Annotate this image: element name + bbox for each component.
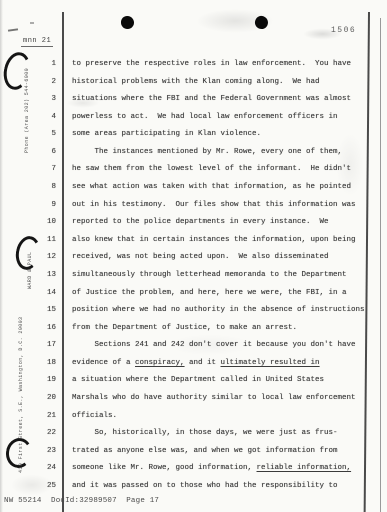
line-number: 22 — [0, 429, 56, 441]
line-text: Marshals who do have authority similar t… — [72, 394, 356, 406]
transcript-line: 9out in his testimony. Our files show th… — [0, 201, 356, 213]
transcript-line: 2historical problems with the Klan comin… — [0, 78, 320, 90]
line-number: 17 — [0, 341, 56, 353]
line-text: received, was not being acted upon. We a… — [72, 253, 329, 265]
line-text: also knew that in certain instances the … — [72, 236, 356, 248]
line-number: 15 — [0, 306, 56, 318]
transcript-line: 13simultaneously through letterhead memo… — [0, 271, 347, 283]
transcript-line: 10reported to the police departments in … — [0, 218, 329, 230]
line-number: 7 — [0, 165, 56, 177]
transcript-line: 5some areas participating in Klan violen… — [0, 130, 261, 142]
line-number: 3 — [0, 95, 56, 107]
line-text: The instances mentioned by Mr. Rowe, eve… — [72, 148, 342, 160]
line-text: situations where the FBI and the Federal… — [72, 95, 351, 107]
transcript-line: 17 Sections 241 and 242 don't cover it b… — [0, 341, 356, 353]
line-text: of Justice the problem, and here, here w… — [72, 289, 347, 301]
transcript-line: 24someone like Mr. Rowe, good informatio… — [0, 464, 351, 476]
line-number: 21 — [0, 412, 56, 424]
transcript-line: 6 The instances mentioned by Mr. Rowe, e… — [0, 148, 342, 160]
line-text: to preserve the respective roles in law … — [72, 60, 351, 72]
transcript-line: 23trated as anyone else was, and when we… — [0, 447, 338, 459]
line-number: 11 — [0, 236, 56, 248]
line-text: position where we had no authority in th… — [72, 306, 365, 318]
line-text: see what action was taken with that info… — [72, 183, 351, 195]
line-text: and it was passed on to those who had th… — [72, 482, 338, 494]
line-number: 23 — [0, 447, 56, 459]
transcript-line: 21officials. — [0, 412, 117, 424]
line-number: 24 — [0, 464, 56, 476]
transcript-line: 8see what action was taken with that inf… — [0, 183, 351, 195]
line-text: Sections 241 and 242 don't cover it beca… — [72, 341, 356, 353]
transcript-line: 15position where we had no authority in … — [0, 306, 365, 318]
transcript-line: 25and it was passed on to those who had … — [0, 482, 338, 494]
line-text: simultaneously through letterhead memora… — [72, 271, 347, 283]
line-text: officials. — [72, 412, 117, 424]
transcript: 1to preserve the respective roles in law… — [0, 0, 387, 512]
line-number: 13 — [0, 271, 56, 283]
line-number: 25 — [0, 482, 56, 494]
line-text: trated as anyone else was, and when we g… — [72, 447, 338, 459]
line-number: 16 — [0, 324, 56, 336]
transcript-line: 7he saw them from the lowest level of th… — [0, 165, 351, 177]
line-number: 6 — [0, 148, 56, 160]
line-number: 4 — [0, 113, 56, 125]
footer-docid: NW 55214 DocId:32989507 Page 17 — [4, 497, 159, 505]
transcript-line: 14of Justice the problem, and here, here… — [0, 289, 347, 301]
line-number: 10 — [0, 218, 56, 230]
line-text: historical problems with the Klan coming… — [72, 78, 320, 90]
line-text: So, historically, in those days, we were… — [72, 429, 338, 441]
line-text: evidence of a conspiracy, and it ultimat… — [72, 359, 320, 371]
line-text: from the Department of Justice, to make … — [72, 324, 297, 336]
line-text: a situation where the Department called … — [72, 376, 324, 388]
transcript-line: 4powerless to act. We had local law enfo… — [0, 113, 338, 125]
line-number: 19 — [0, 376, 56, 388]
line-number: 9 — [0, 201, 56, 213]
line-number: 18 — [0, 359, 56, 371]
line-text: reported to the police departments in ev… — [72, 218, 329, 230]
line-number: 1 — [0, 60, 56, 72]
transcript-line: 3situations where the FBI and the Federa… — [0, 95, 351, 107]
line-number: 14 — [0, 289, 56, 301]
transcript-line: 20Marshals who do have authority similar… — [0, 394, 356, 406]
transcript-line: 1to preserve the respective roles in law… — [0, 60, 351, 72]
line-text: some areas participating in Klan violenc… — [72, 130, 261, 142]
transcript-line: 19a situation where the Department calle… — [0, 376, 324, 388]
line-number: 12 — [0, 253, 56, 265]
line-text: someone like Mr. Rowe, good information,… — [72, 464, 351, 476]
transcript-line: 18evidence of a conspiracy, and it ultim… — [0, 359, 320, 371]
transcript-line: 11also knew that in certain instances th… — [0, 236, 356, 248]
line-text: out in his testimony. Our files show tha… — [72, 201, 356, 213]
line-text: powerless to act. We had local law enfor… — [72, 113, 338, 125]
line-number: 20 — [0, 394, 56, 406]
transcript-line: 12received, was not being acted upon. We… — [0, 253, 329, 265]
line-number: 2 — [0, 78, 56, 90]
line-number: 5 — [0, 130, 56, 142]
line-number: 8 — [0, 183, 56, 195]
transcript-line: 22 So, historically, in those days, we w… — [0, 429, 338, 441]
transcript-line: 16from the Department of Justice, to mak… — [0, 324, 297, 336]
line-text: he saw them from the lowest level of the… — [72, 165, 351, 177]
